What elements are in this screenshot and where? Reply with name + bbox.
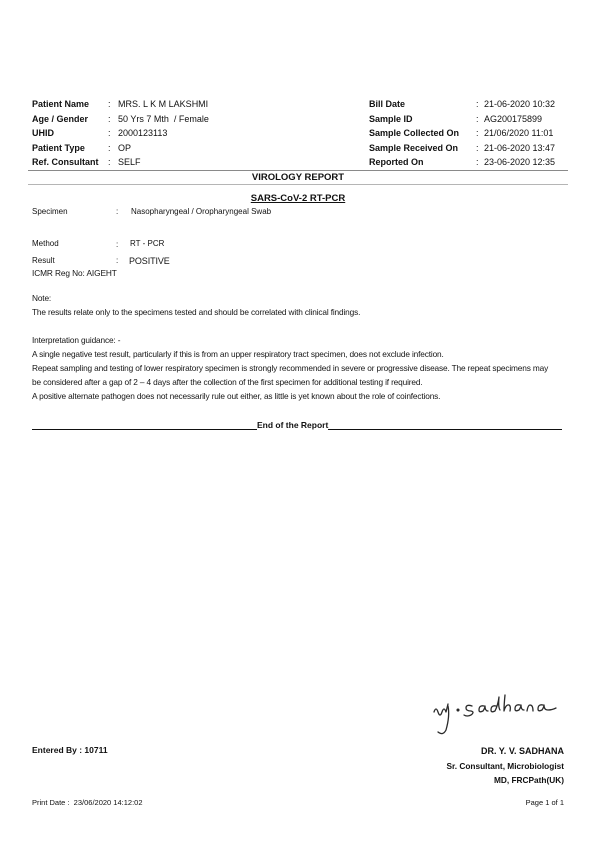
age-gender-value: 50 Yrs 7 Mth / Female [118, 112, 209, 127]
separator: : [108, 112, 111, 127]
print-date: Print Date : 23/06/2020 14:12:02 [32, 798, 143, 807]
test-title: SARS-CoV-2 RT-PCR [0, 193, 596, 204]
separator: : [108, 126, 111, 141]
page-number: Page 1 of 1 [526, 798, 564, 807]
end-of-report-text: End of the Report [257, 420, 328, 430]
header-divider-bottom [28, 184, 568, 185]
guidance-1: A single negative test result, particula… [32, 347, 572, 361]
end-line-right [328, 420, 562, 430]
department-title: VIROLOGY REPORT [0, 172, 596, 183]
reported-on-value: 23-06-2020 12:35 [484, 155, 555, 170]
end-of-report: End of the Report [32, 420, 562, 430]
doctor-qualification: MD, FRCPath(UK) [494, 775, 564, 785]
guidance-3: A positive alternate pathogen does not n… [32, 389, 572, 403]
bill-date-value: 21-06-2020 10:32 [484, 97, 555, 112]
bill-date-label: Bill Date [369, 97, 405, 112]
specimen-value: Nasopharyngeal / Oropharyngeal Swab [131, 207, 271, 216]
sample-id-label: Sample ID [369, 112, 413, 127]
note-heading: Note: [32, 291, 572, 305]
separator: : [476, 155, 479, 170]
sample-received-label: Sample Received On [369, 141, 458, 156]
separator: : [108, 155, 111, 170]
patient-name-label: Patient Name [32, 97, 89, 112]
doctor-name: DR. Y. V. SADHANA [481, 746, 564, 756]
note-text: The results relate only to the specimens… [32, 305, 572, 319]
result-value: POSITIVE [129, 256, 170, 266]
method-label: Method [32, 239, 59, 248]
icmr-reg-no: ICMR Reg No: AIGEHT [32, 268, 117, 278]
ref-consultant-value: SELF [118, 155, 141, 170]
patient-name-value: MRS. L K M LAKSHMI [118, 97, 208, 112]
blank-line [32, 319, 572, 333]
age-gender-label: Age / Gender [32, 112, 88, 127]
guidance-2: Repeat sampling and testing of lower res… [32, 361, 557, 389]
sample-id-value: AG200175899 [484, 112, 542, 127]
separator: : [476, 97, 479, 112]
reported-on-label: Reported On [369, 155, 424, 170]
notes-section: Note: The results relate only to the spe… [32, 291, 572, 403]
separator: : [108, 97, 111, 112]
specimen-label: Specimen [32, 207, 68, 216]
separator: : [116, 207, 118, 216]
ref-consultant-label: Ref. Consultant [32, 155, 99, 170]
doctor-title: Sr. Consultant, Microbiologist [446, 761, 564, 771]
result-label: Result [32, 256, 55, 265]
sample-collected-value: 21/06/2020 11:01 [484, 126, 553, 141]
separator: : [476, 126, 479, 141]
separator: : [476, 141, 479, 156]
patient-type-value: OP [118, 141, 131, 156]
sample-collected-label: Sample Collected On [369, 126, 459, 141]
method-value: RT - PCR [130, 239, 164, 248]
end-line-left [32, 420, 257, 430]
entered-by: Entered By : 10711 [32, 745, 108, 755]
uhid-value: 2000123113 [118, 126, 167, 141]
separator: : [108, 141, 111, 156]
separator: : [116, 240, 118, 249]
signature-image [428, 692, 563, 738]
separator: : [476, 112, 479, 127]
uhid-label: UHID [32, 126, 54, 141]
separator: : [116, 256, 118, 265]
patient-type-label: Patient Type [32, 141, 85, 156]
sample-received-value: 21-06-2020 13:47 [484, 141, 555, 156]
header-divider-top [28, 170, 568, 171]
guidance-heading: Interpretation guidance: - [32, 333, 572, 347]
